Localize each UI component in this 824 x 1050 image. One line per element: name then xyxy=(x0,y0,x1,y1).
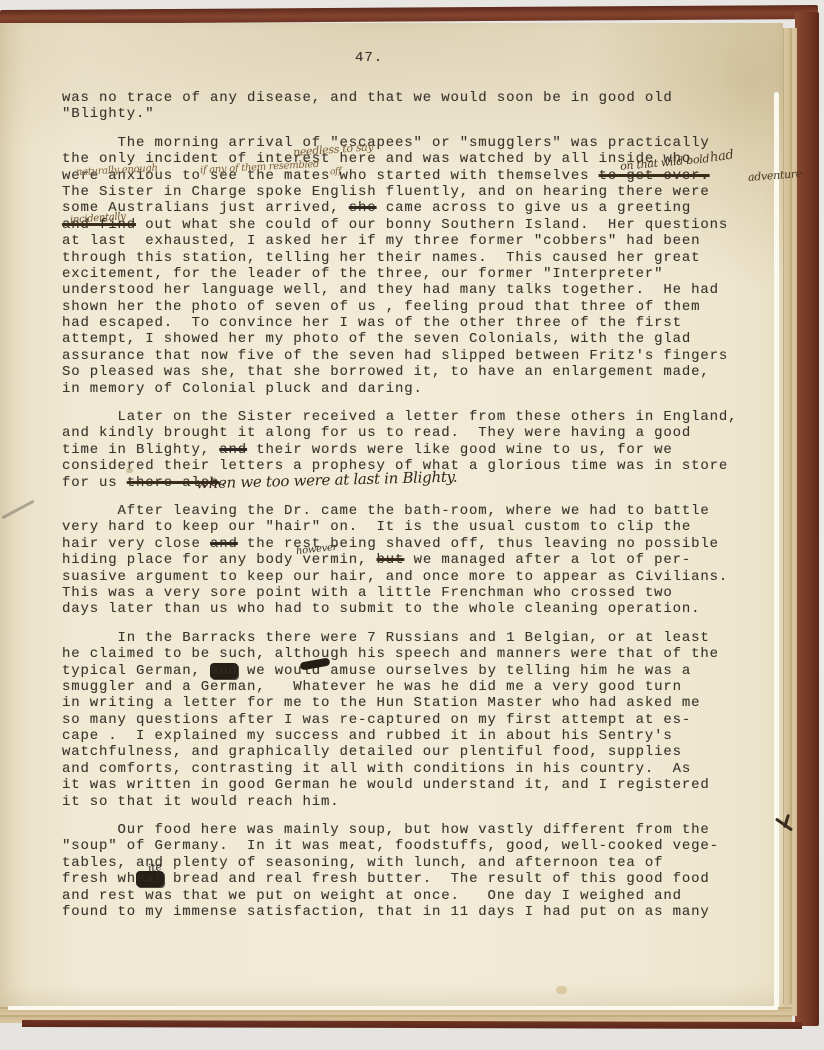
typed-line: shown her the photo of seven of us , fee… xyxy=(62,299,774,315)
typed-line: fresh wheat bread and real fresh butter.… xyxy=(62,871,774,887)
typed-line: The Sister in Charge spoke English fluen… xyxy=(62,184,774,200)
typed-text: their words were like good wine to us, f… xyxy=(247,442,673,458)
typed-text: smuggler and a German, Whatever he was h… xyxy=(62,679,682,695)
typed-line: so many questions after I was re-capture… xyxy=(62,712,774,728)
struck-text: she xyxy=(349,200,377,216)
paragraph: In the Barracks there were 7 Russians an… xyxy=(62,630,774,810)
struck-text: and xyxy=(210,536,238,552)
typed-text: hiding place for any body vermin, xyxy=(62,552,377,568)
typed-line: found to my immense satisfaction, that i… xyxy=(62,904,774,920)
typed-line: very hard to keep our "hair" on. It is t… xyxy=(62,519,774,535)
typed-text: hair very close xyxy=(62,536,210,552)
typed-line: hiding place for any body vermin, but we… xyxy=(62,552,774,568)
typed-text: shown her the photo of seven of us , fee… xyxy=(62,299,700,315)
typed-text: in memory of Colonial pluck and daring. xyxy=(62,381,423,397)
book-cover-bottom-edge xyxy=(22,1020,802,1029)
typed-line: in writing a letter for me to the Hun St… xyxy=(62,695,774,711)
typed-text: assurance that now five of the seven had… xyxy=(62,348,728,364)
inked-out-text: and xyxy=(210,663,238,679)
typed-text: it was written in good German he would u… xyxy=(62,777,710,793)
typed-text: time in Blighty, xyxy=(62,442,219,458)
typed-text: so many questions after I was re-capture… xyxy=(62,712,691,728)
typed-text: was no trace of any disease, and that we… xyxy=(62,90,673,106)
typed-line: This was a very sore point with a little… xyxy=(62,585,774,601)
typed-text: and rest was that we put on weight at on… xyxy=(62,888,682,904)
typed-text: very hard to keep our "hair" on. It is t… xyxy=(62,519,691,535)
typed-text: fresh wh xyxy=(62,871,136,887)
typed-text: "Blighty." xyxy=(62,106,155,122)
typed-text: he claimed to be such, although his spee… xyxy=(62,646,719,662)
typed-text: Our food here was mainly soup, but how v… xyxy=(62,822,710,838)
typed-text: it so that it would reach him. xyxy=(62,794,340,810)
typed-line: in memory of Colonial pluck and daring. xyxy=(62,381,774,397)
typed-line: Later on the Sister received a letter fr… xyxy=(62,409,774,425)
typed-line: and rest was that we put on weight at on… xyxy=(62,888,774,904)
typed-line: at last exhausted, I asked her if my thr… xyxy=(62,233,774,249)
typed-text: excitement, for the leader of the three,… xyxy=(62,266,663,282)
paragraph: After leaving the Dr. came the bath-room… xyxy=(62,503,774,618)
typed-text: came across to give us a greeting xyxy=(377,200,692,216)
typed-line: and comforts, contrasting it all with co… xyxy=(62,761,774,777)
typed-line: suasive argument to keep our hair, and o… xyxy=(62,569,774,585)
page-number: 47. xyxy=(355,50,383,66)
typed-line: days later than us who had to submit to … xyxy=(62,601,774,617)
typed-text: we managed after a lot of per- xyxy=(404,552,691,568)
typed-line: he claimed to be such, although his spee… xyxy=(62,646,774,662)
typed-line: attempt, I showed her my photo of the se… xyxy=(62,331,774,347)
typed-line: it was written in good German he would u… xyxy=(62,777,774,793)
typed-text: understood her language well, and they h… xyxy=(62,282,719,298)
paragraph: The morning arrival of "escapees" or "sm… xyxy=(62,135,774,397)
hw-ite: ite xyxy=(147,860,163,875)
typed-line: In the Barracks there were 7 Russians an… xyxy=(62,630,774,646)
typed-line: The morning arrival of "escapees" or "sm… xyxy=(62,135,774,151)
typed-text: at last exhausted, I asked her if my thr… xyxy=(62,233,700,249)
typed-text: bread and real fresh butter. The result … xyxy=(164,871,710,887)
typed-text: After leaving the Dr. came the bath-room… xyxy=(62,503,710,519)
typed-line: smuggler and a German, Whatever he was h… xyxy=(62,679,774,695)
sheet-white-edge-right xyxy=(774,92,779,1008)
typed-text: in writing a letter for me to the Hun St… xyxy=(62,695,700,711)
typed-line: were anxious to see the mates who starte… xyxy=(62,168,774,184)
paragraph: was no trace of any disease, and that we… xyxy=(62,90,774,123)
typed-text: So pleased was she, that she borrowed it… xyxy=(62,364,710,380)
struck-text: but xyxy=(377,552,405,568)
typed-line: it so that it would reach him. xyxy=(62,794,774,810)
struck-text: and xyxy=(219,442,247,458)
typed-line: assurance that now five of the seven had… xyxy=(62,348,774,364)
typed-line: through this station, telling her their … xyxy=(62,250,774,266)
struck-text: to get over. xyxy=(599,168,710,184)
typed-line: and find out what she could of our bonny… xyxy=(62,217,774,233)
sheet-white-edge-bottom xyxy=(8,1006,778,1010)
typed-line: excitement, for the leader of the three,… xyxy=(62,266,774,282)
typed-text: through this station, telling her their … xyxy=(62,250,700,266)
typed-text: for us xyxy=(62,475,127,491)
typed-text: "soup" of Germany. In it was meat, foods… xyxy=(62,838,719,854)
book-cover-top-edge xyxy=(0,5,818,24)
typed-line: watchfulness, and graphically detailed o… xyxy=(62,744,774,760)
paragraph: Our food here was mainly soup, but how v… xyxy=(62,822,774,920)
typed-text: typical German, xyxy=(62,663,210,679)
book-cover-right-edge xyxy=(795,12,819,1026)
typed-text: The morning arrival of "escapees" or "sm… xyxy=(62,135,710,151)
text-block: was no trace of any disease, and that we… xyxy=(62,90,774,920)
typed-line: Our food here was mainly soup, but how v… xyxy=(62,822,774,838)
typed-text: cape . I explained my success and rubbed… xyxy=(62,728,673,744)
typed-text: and kindly brought it along for us to re… xyxy=(62,425,691,441)
typed-text: In the Barracks there were 7 Russians an… xyxy=(62,630,710,646)
typed-text: Later on the Sister received a letter fr… xyxy=(62,409,737,425)
typed-text: watchfulness, and graphically detailed o… xyxy=(62,744,682,760)
typed-text: attempt, I showed her my photo of the se… xyxy=(62,331,691,347)
typed-line: had escaped. To convince her I was of th… xyxy=(62,315,774,331)
typed-line: typical German, and we would amuse ourse… xyxy=(62,663,774,679)
typed-text: out what she could of our bonny Southern… xyxy=(136,217,728,233)
typed-text: days later than us who had to submit to … xyxy=(62,601,700,617)
typed-line: After leaving the Dr. came the bath-room… xyxy=(62,503,774,519)
typed-line: time in Blighty, and their words were li… xyxy=(62,442,774,458)
typed-line: cape . I explained my success and rubbed… xyxy=(62,728,774,744)
typed-line: So pleased was she, that she borrowed it… xyxy=(62,364,774,380)
typed-text: found to my immense satisfaction, that i… xyxy=(62,904,710,920)
typed-line: understood her language well, and they h… xyxy=(62,282,774,298)
typed-line: "Blighty." xyxy=(62,106,774,122)
typed-text: had escaped. To convince her I was of th… xyxy=(62,315,682,331)
typed-text: This was a very sore point with a little… xyxy=(62,585,673,601)
typed-text: The Sister in Charge spoke English fluen… xyxy=(62,184,710,200)
typed-line: was no trace of any disease, and that we… xyxy=(62,90,774,106)
foxing-spot xyxy=(126,468,133,473)
typed-text: and comforts, contrasting it all with co… xyxy=(62,761,691,777)
typed-line: tables, and plenty of seasoning, with lu… xyxy=(62,855,774,871)
foxing-spot xyxy=(556,986,567,994)
photographed-book-page: 47. was no trace of any disease, and tha… xyxy=(0,0,824,1050)
typed-text: suasive argument to keep our hair, and o… xyxy=(62,569,728,585)
hw-off: off xyxy=(330,167,342,178)
typed-line: some Australians just arrived, she came … xyxy=(62,200,774,216)
typed-line: "soup" of Germany. In it was meat, foods… xyxy=(62,838,774,854)
typed-line: and kindly brought it along for us to re… xyxy=(62,425,774,441)
typed-line: hair very close and the rest being shave… xyxy=(62,536,774,552)
